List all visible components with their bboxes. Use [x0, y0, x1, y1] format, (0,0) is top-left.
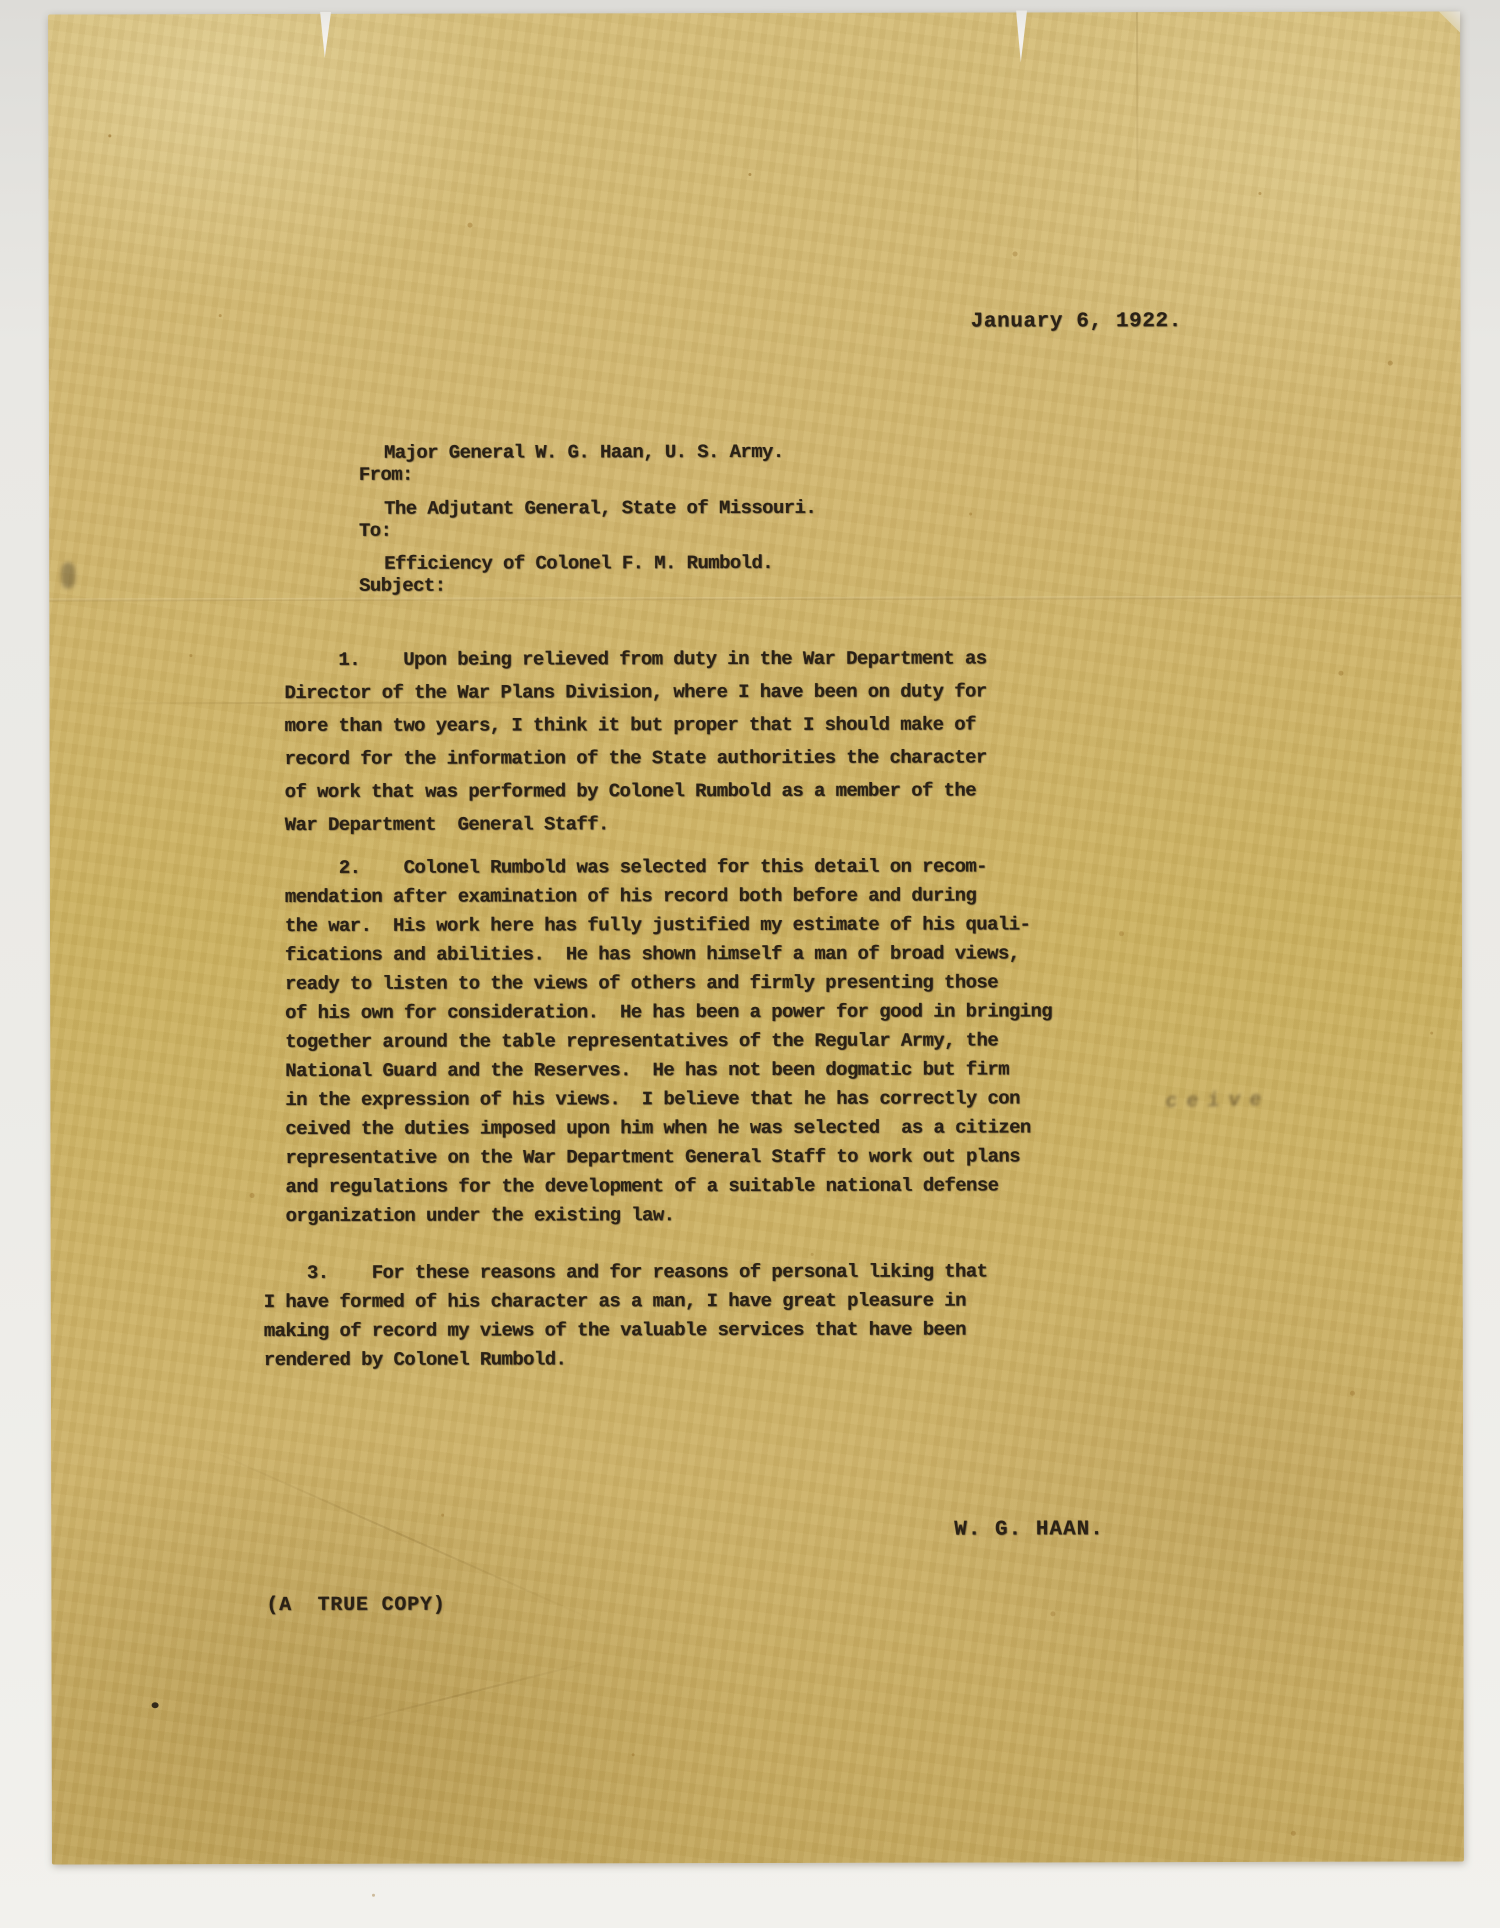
typewritten-line: making of record my views of the valuabl…	[264, 1316, 988, 1347]
typewritten-line: 2. Colonel Rumbold was selected for this…	[285, 852, 1052, 883]
from-value: Major General W. G. Haan, U. S. Army.	[384, 441, 784, 464]
ink-smudge-text: ceive	[1164, 1089, 1271, 1114]
from-label: From:	[359, 464, 413, 486]
typewritten-line: and regulations for the development of a…	[285, 1171, 1052, 1202]
to-value: The Adjutant General, State of Missouri.	[384, 497, 816, 520]
ink-speck	[152, 1702, 159, 1708]
letter-date: January 6, 1922.	[971, 310, 1182, 333]
typewritten-line: of his own for consideration. He has bee…	[285, 997, 1052, 1028]
typewritten-line: National Guard and the Reserves. He has …	[285, 1055, 1052, 1086]
corner-fold	[1434, 12, 1460, 38]
to-label: To:	[359, 520, 391, 542]
fold-crease	[49, 596, 1461, 602]
typewritten-line: ceived the duties imposed upon him when …	[285, 1113, 1052, 1144]
letter-paragraph-1: 1. Upon being relieved from duty in the …	[284, 643, 987, 842]
subject-label: Subject:	[359, 575, 445, 597]
typewritten-line: Director of the War Plans Division, wher…	[284, 676, 986, 710]
typewritten-line: more than two years, I think it but prop…	[285, 709, 987, 743]
fold-crease	[1136, 12, 1139, 342]
typewritten-line: mendation after examination of his recor…	[285, 881, 1052, 912]
typewritten-line: ready to listen to the views of others a…	[285, 968, 1052, 999]
typewritten-line: record for the information of the State …	[285, 742, 987, 776]
true-copy-stamp: (A TRUE COPY)	[266, 1594, 445, 1617]
typewritten-line: fications and abilities. He has shown hi…	[285, 939, 1052, 970]
typewritten-line: 3. For these reasons and for reasons of …	[264, 1258, 988, 1289]
fold-crease	[316, 1657, 607, 1732]
typewritten-line: organization under the existing law.	[286, 1200, 1053, 1231]
typewritten-line: of work that was performed by Colonel Ru…	[285, 775, 987, 809]
subject-value: Efficiency of Colonel F. M. Rumbold.	[384, 552, 773, 575]
scanned-letter-view: January 6, 1922. From: Major General W. …	[0, 0, 1500, 1928]
signature: W. G. HAAN.	[954, 1518, 1104, 1541]
letter-paragraph-2: 2. Colonel Rumbold was selected for this…	[285, 852, 1053, 1231]
tear-notch	[320, 12, 331, 58]
tear-notch	[1016, 10, 1027, 62]
typewritten-line: together around the table representative…	[285, 1026, 1052, 1057]
letter-page: January 6, 1922. From: Major General W. …	[48, 12, 1464, 1865]
typewritten-line: rendered by Colonel Rumbold.	[264, 1345, 988, 1376]
typewritten-line: representative on the War Department Gen…	[285, 1142, 1052, 1173]
typewritten-line: 1. Upon being relieved from duty in the …	[284, 643, 986, 677]
subject-row: Subject: Efficiency of Colonel F. M. Rum…	[294, 553, 445, 641]
typewritten-line: War Department General Staff.	[285, 808, 987, 842]
foxing-speckles	[108, 134, 111, 137]
typewritten-line: I have formed of his character as a man,…	[264, 1287, 988, 1318]
letter-paragraph-3: 3. For these reasons and for reasons of …	[264, 1258, 988, 1376]
typewritten-line: the war. His work here has fully justifi…	[285, 910, 1052, 941]
typewritten-line: in the expression of his views. I believ…	[285, 1084, 1052, 1115]
ink-smudge-edge	[61, 562, 75, 588]
